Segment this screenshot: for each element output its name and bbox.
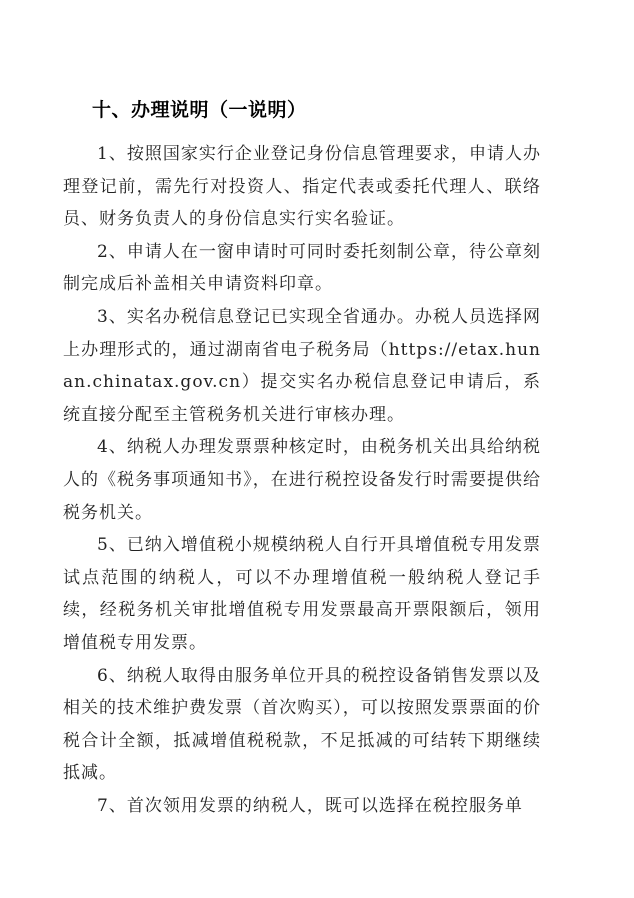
paragraph-2: 2、申请人在一窗申请时可同时委托刻制公章，待公章刻制完成后补盖相关申请资料印章。 (63, 236, 541, 301)
paragraph-3: 3、实名办税信息登记已实现全省通办。办税人员选择网上办理形式的，通过湖南省电子税… (63, 301, 541, 431)
paragraph-1: 1、按照国家实行企业登记身份信息管理要求，申请人办理登记前，需先行对投资人、指定… (63, 138, 541, 236)
document-page: 十、办理说明（一说明） 1、按照国家实行企业登记身份信息管理要求，申请人办理登记… (63, 98, 541, 822)
paragraph-4: 4、纳税人办理发票票种核定时，由税务机关出具给纳税人的《税务事项通知书》，在进行… (63, 431, 541, 529)
paragraph-6: 6、纳税人取得由服务单位开具的税控设备销售发票以及相关的技术维护费发票（首次购买… (63, 660, 541, 790)
section-heading: 十、办理说明（一说明） (63, 98, 541, 122)
paragraph-5: 5、已纳入增值税小规模纳税人自行开具增值税专用发票试点范围的纳税人，可以不办理增… (63, 529, 541, 659)
paragraph-7: 7、首次领用发票的纳税人，既可以选择在税控服务单 (63, 790, 541, 823)
